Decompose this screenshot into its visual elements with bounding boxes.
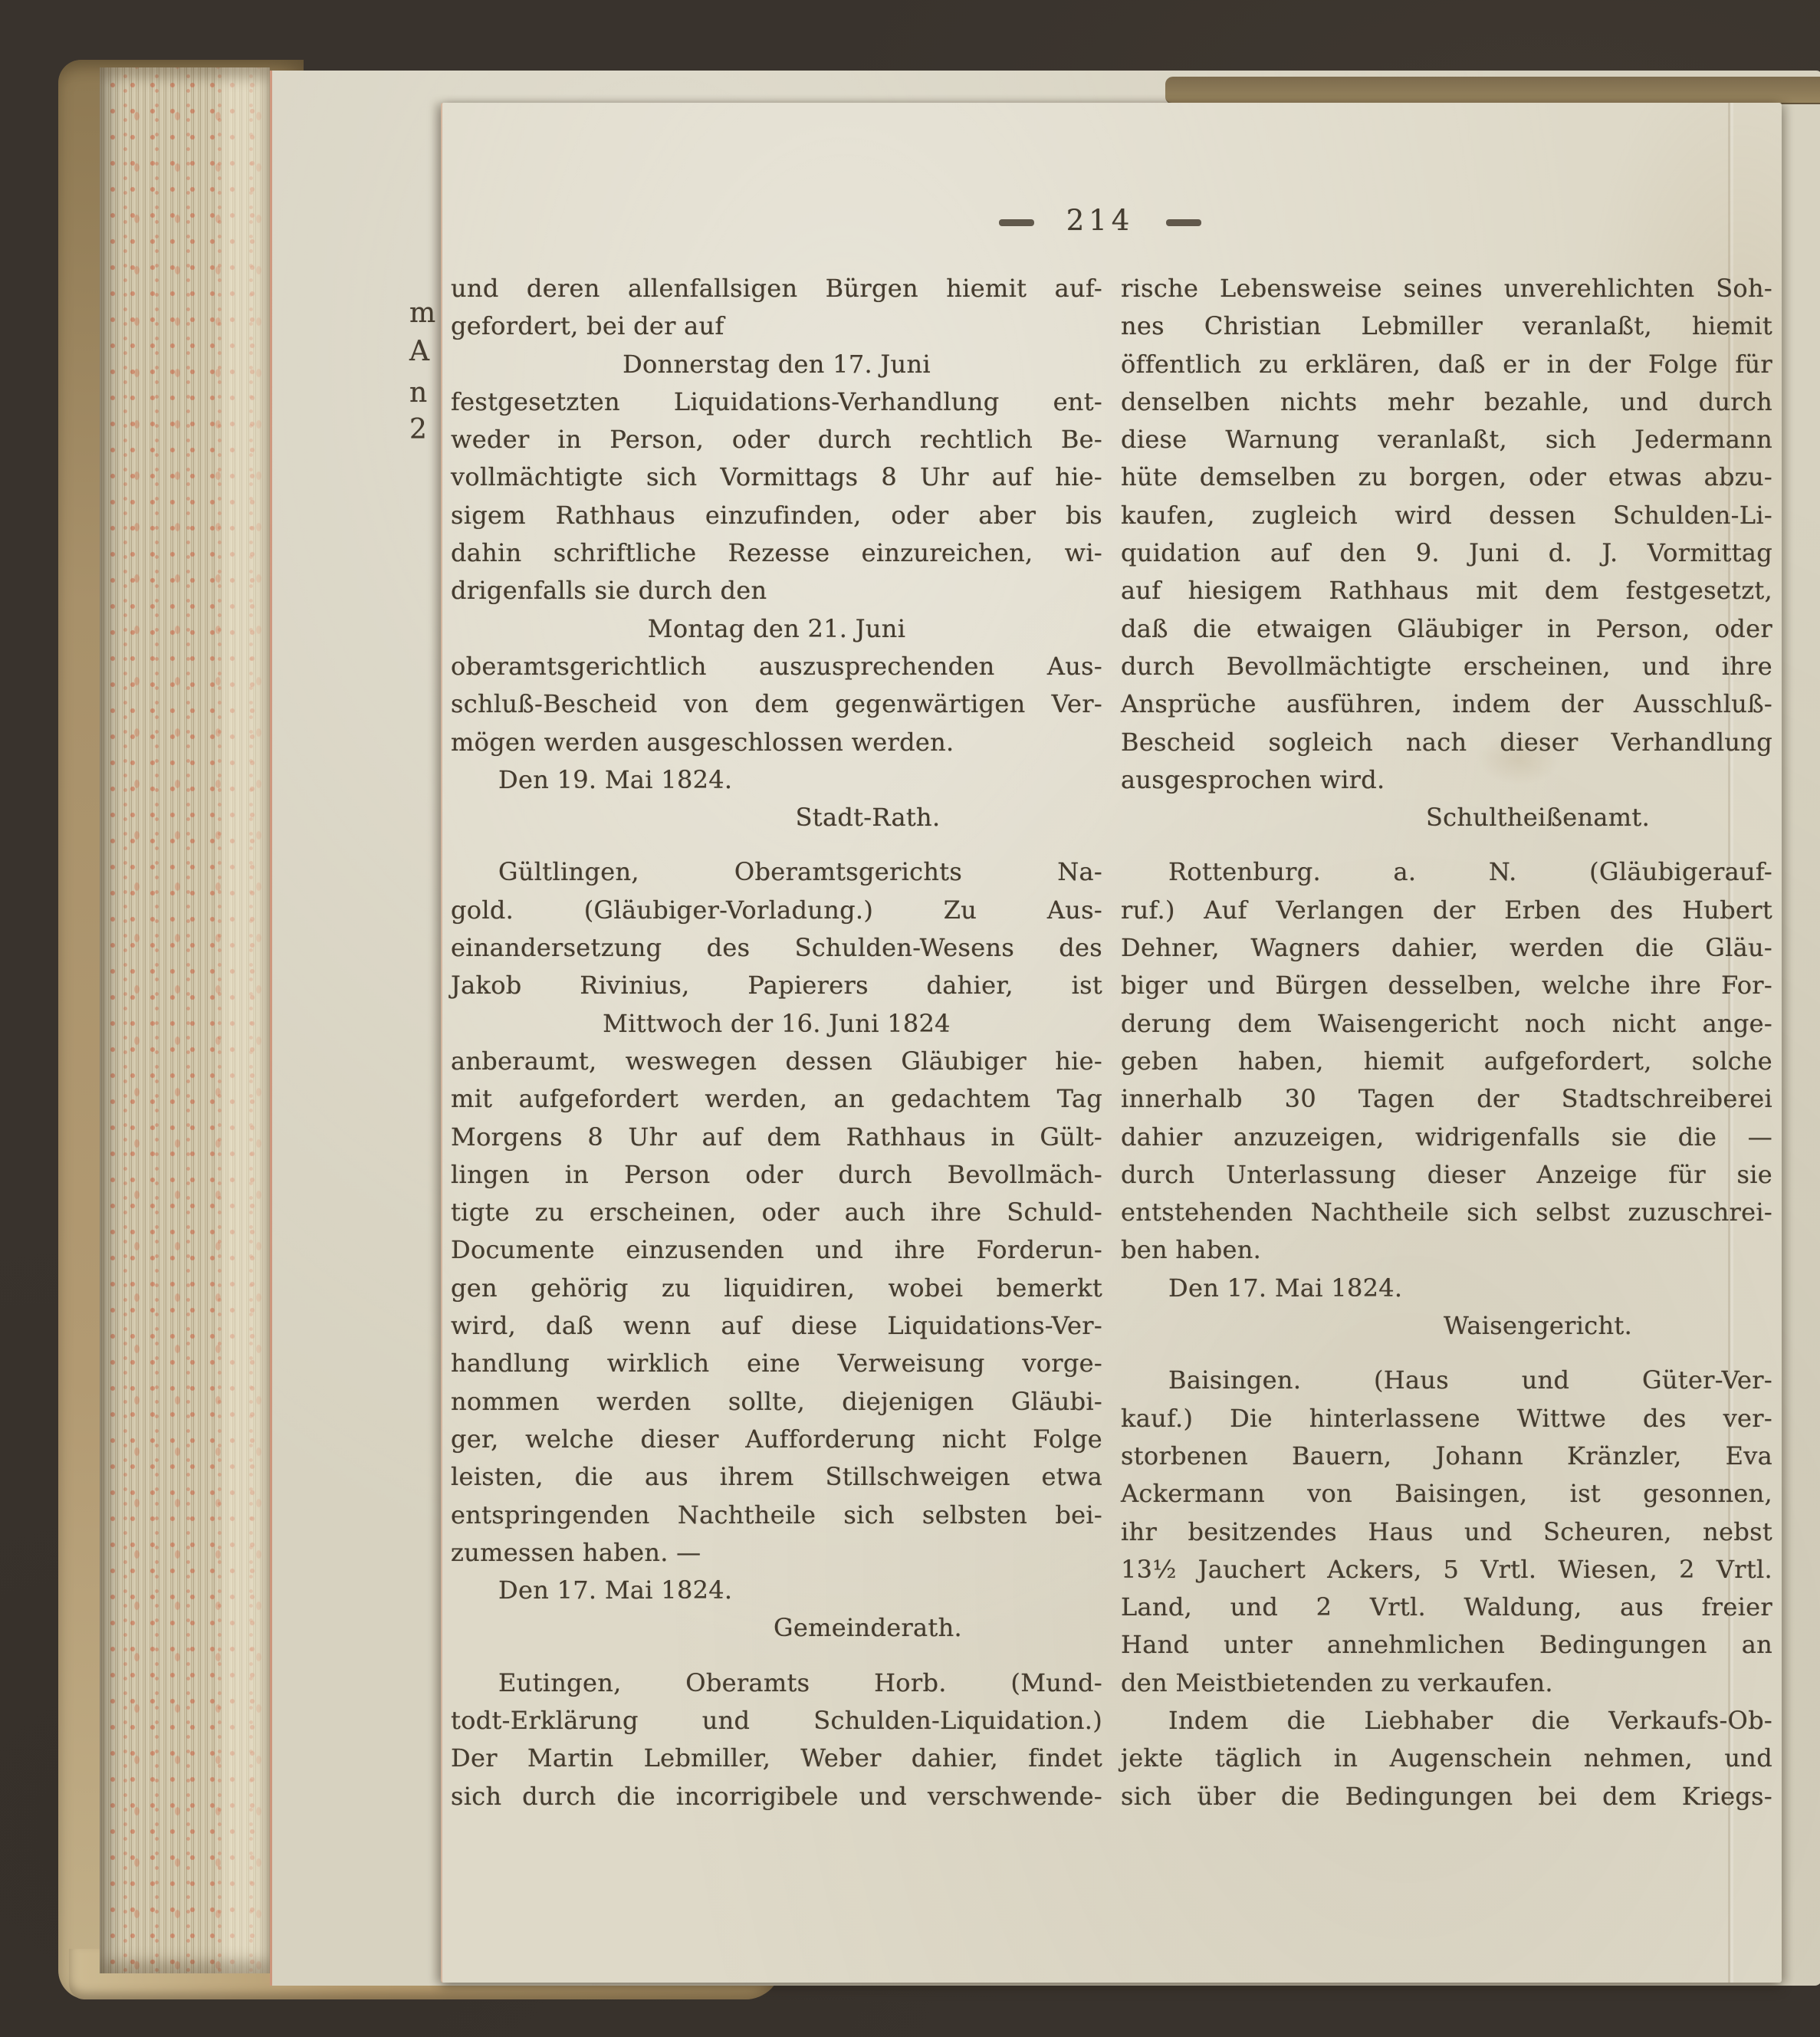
text-line: tigte zu erscheinen, oder auch ihre Schu… [451,1194,1102,1231]
page-number: 214 [1066,204,1135,237]
text-line: mit aufgefordert werden, an gedachtem Ta… [451,1080,1102,1118]
text-line: sigem Rathhaus einzufinden, oder aber bi… [451,497,1102,534]
text-line: den Meistbietenden zu verkaufen. [1121,1664,1772,1702]
text-line: Der Martin Lebmiller, Weber dahier, find… [451,1740,1102,1777]
text-line: dahin schriftliche Rezesse einzureichen,… [451,534,1102,572]
page-number-rule-left [999,219,1034,226]
text-line: durch Bevollmächtigte erscheinen, und ih… [1121,648,1772,685]
text-line: auf hiesigem Rathhaus mit dem festgesetz… [1121,572,1772,609]
text-line: Eutingen, Oberamts Horb. (Mund- [451,1664,1102,1702]
text-line: festgesetzten Liquidations-Verhandlung e… [451,383,1102,421]
text-line: Den 17. Mai 1824. [1121,1270,1772,1307]
text-line: Donnerstag den 17. Juni [451,346,1102,383]
text-line: Gültlingen, Oberamtsgerichts Na- [451,853,1102,891]
text-line: durch Unterlassung dieser Anzeige für si… [1121,1156,1772,1194]
text-line: Hand unter annehmlichen Bedingungen an [1121,1626,1772,1664]
text-line: Waisengericht. [1121,1307,1772,1345]
text-line: Bescheid sogleich nach dieser Verhandlun… [1121,724,1772,761]
text-line: Rottenburg. a. N. (Gläubigerauf- [1121,853,1772,891]
cut-off-text-fragment: A [409,336,429,367]
cut-off-text-fragment: 2 [409,414,427,445]
text-line: Mittwoch der 16. Juni 1824 [451,1005,1102,1043]
text-line: oberamtsgerichtlich auszusprechenden Aus… [451,648,1102,685]
text-line: quidation auf den 9. Juni d. J. Vormitta… [1121,534,1772,572]
text-line: Montag den 21. Juni [451,610,1102,648]
text-line: anberaumt, weswegen dessen Gläubiger hie… [451,1043,1102,1080]
text-line: Ackermann von Baisingen, ist gesonnen, [1121,1475,1772,1513]
text-line: kauf.) Die hinterlassene Wittwe des ver- [1121,1400,1772,1437]
text-line: ausgesprochen wird. [1121,761,1772,799]
text-line: ihr besitzendes Haus und Scheuren, nebst [1121,1513,1772,1551]
text-line: storbenen Bauern, Johann Kränzler, Eva [1121,1437,1772,1475]
text-line: Ansprüche ausführen, indem der Ausschluß… [1121,685,1772,723]
text-line: dahier anzuzeigen, widrigenfalls sie die… [1121,1119,1772,1156]
text-line: einandersetzung des Schulden-Wesens des [451,929,1102,967]
text-line: entspringenden Nachtheile sich selbsten … [451,1497,1102,1534]
text-line: todt-Erklärung und Schulden-Liquidation.… [451,1702,1102,1740]
text-line: kaufen, zugleich wird dessen Schulden-Li… [1121,497,1772,534]
cut-off-text-fragment: m [409,297,435,329]
text-line: Documente einzusenden und ihre Forderun- [451,1231,1102,1269]
text-line: Indem die Liebhaber die Verkaufs-Ob- [1121,1702,1772,1740]
text-line: vollmächtigte sich Vormittags 8 Uhr auf … [451,458,1102,496]
page-header: 214 [441,201,1759,241]
text-line: zumessen haben. — [451,1534,1102,1572]
text-line: Den 19. Mai 1824. [451,761,1102,799]
cut-off-text-fragment: n [409,377,427,409]
text-line: Stadt-Rath. [451,799,1102,836]
text-line: gold. (Gläubiger-Vorladung.) Zu Aus- [451,892,1102,929]
text-line: daß die etwaigen Gläubiger in Person, od… [1121,610,1772,648]
column-left: und deren allenfallsigen Bürgen hiemit a… [451,270,1102,1815]
book-scan-background: mAn2 214 und deren allenfallsigen Bürgen… [0,0,1820,2037]
text-line: geben haben, hiemit aufgefordert, solche [1121,1043,1772,1080]
text-line: Baisingen. (Haus und Güter-Ver- [1121,1362,1772,1399]
text-line: ruf.) Auf Verlangen der Erben des Hubert [1121,892,1772,929]
text-line: Dehner, Wagners dahier, werden die Gläu- [1121,929,1772,967]
book-cover-top-edge [1165,77,1820,104]
text-line: Jakob Rivinius, Papierers dahier, ist [451,967,1102,1004]
text-line: 13½ Jauchert Ackers, 5 Vrtl. Wiesen, 2 V… [1121,1551,1772,1589]
text-line: Land, und 2 Vrtl. Waldung, aus freier [1121,1589,1772,1626]
text-line: denselben nichts mehr bezahle, und durch [1121,383,1772,421]
text-line: schluß-Bescheid von dem gegenwärtigen Ve… [451,685,1102,723]
text-line: wird, daß wenn auf diese Liquidations-Ve… [451,1307,1102,1345]
text-line: lingen in Person oder durch Bevollmäch- [451,1156,1102,1194]
text-line: nes Christian Lebmiller veranlaßt, hiemi… [1121,307,1772,345]
text-line: drigenfalls sie durch den [451,572,1102,609]
page-number-rule-right [1166,219,1201,226]
text-line: öffentlich zu erklären, daß er in der Fo… [1121,346,1772,383]
text-line: innerhalb 30 Tagen der Stadtschreiberei [1121,1080,1772,1118]
text-line: handlung wirklich eine Verweisung vorge- [451,1345,1102,1382]
text-line: mögen werden ausgeschlossen werden. [451,724,1102,761]
column-right: rische Lebensweise seines unverehlichten… [1121,270,1772,1815]
text-line: ger, welche dieser Aufforderung nicht Fo… [451,1421,1102,1458]
text-line: Schultheißenamt. [1121,799,1772,836]
text-line: gefordert, bei der auf [451,307,1102,345]
text-line: Gemeinderath. [451,1609,1102,1647]
text-line: weder in Person, oder durch rechtlich Be… [451,421,1102,458]
text-line: entstehenden Nachtheile sich selbst zuzu… [1121,1194,1772,1231]
text-line: biger und Bürgen desselben, welche ihre … [1121,967,1772,1004]
text-line: leisten, die aus ihrem Stillschweigen et… [451,1458,1102,1496]
text-line: nommen werden sollte, diejenigen Gläubi- [451,1383,1102,1421]
text-line: Morgens 8 Uhr auf dem Rathhaus in Gült- [451,1119,1102,1156]
text-line: jekte täglich in Augenschein nehmen, und [1121,1740,1772,1777]
text-line: gen gehörig zu liquidiren, wobei bemerkt [451,1270,1102,1307]
text-line: sich über die Bedingungen bei dem Kriegs… [1121,1778,1772,1815]
text-line: rische Lebensweise seines unverehlichten… [1121,270,1772,307]
page-edge-stack [100,67,270,1973]
text-line: sich durch die incorrigibele und verschw… [451,1778,1102,1815]
text-line: hüte demselben zu borgen, oder etwas abz… [1121,458,1772,496]
text-line: Den 17. Mai 1824. [451,1572,1102,1609]
text-line: und deren allenfallsigen Bürgen hiemit a… [451,270,1102,307]
text-line: ben haben. [1121,1231,1772,1269]
text-line: diese Warnung veranlaßt, sich Jedermann [1121,421,1772,458]
text-line: derung dem Waisengericht noch nicht ange… [1121,1005,1772,1043]
